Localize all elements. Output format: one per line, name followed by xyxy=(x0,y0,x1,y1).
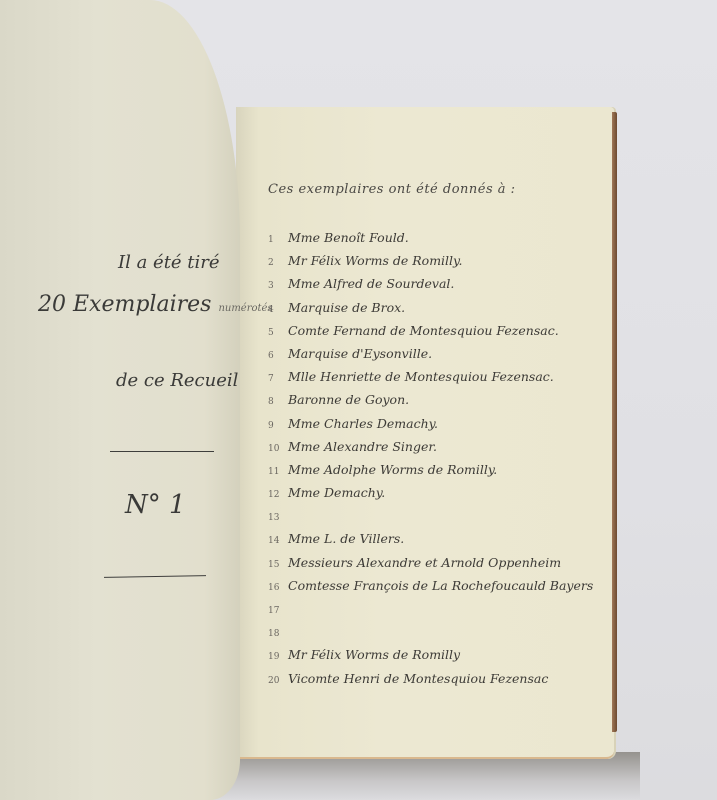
list-item: 5Comte Fernand de Montesquiou Fezensac. xyxy=(268,319,593,342)
list-item: 14Mme L. de Villers. xyxy=(268,527,593,550)
list-item: 19Mr Félix Worms de Romilly xyxy=(268,643,593,666)
list-item: 11Mme Adolphe Worms de Romilly. xyxy=(268,458,593,481)
list-item: 6Marquise d'Eysonville. xyxy=(268,342,593,365)
list-item: 3Mme Alfred de Sourdeval. xyxy=(268,272,593,295)
list-item: 13 xyxy=(268,504,593,527)
list-item: 18 xyxy=(268,620,593,643)
list-item: 7Mlle Henriette de Montesquiou Fezensac. xyxy=(268,365,593,388)
book-shadow xyxy=(220,752,640,800)
recipients-list: 1Mme Benoît Fould. 2Mr Félix Worms de Ro… xyxy=(268,226,593,690)
limitation-line-3: de ce Recueil xyxy=(116,370,238,391)
list-item: 12Mme Demachy. xyxy=(268,481,593,504)
recipients-heading: Ces exemplaires ont été donnés à : xyxy=(268,182,516,197)
list-item: 9Mme Charles Demachy. xyxy=(268,412,593,435)
page-edge xyxy=(612,112,617,732)
list-item: 10Mme Alexandre Singer. xyxy=(268,435,593,458)
limitation-line-2: 20 Exemplaires numérotés xyxy=(38,292,273,317)
list-item: 2Mr Félix Worms de Romilly. xyxy=(268,249,593,272)
list-item: 17 xyxy=(268,597,593,620)
list-item: 20Vicomte Henri de Montesquiou Fezensac xyxy=(268,667,593,690)
list-item: 15Messieurs Alexandre et Arnold Oppenhei… xyxy=(268,551,593,574)
list-item: 8Baronne de Goyon. xyxy=(268,388,593,411)
list-item: 16Comtesse François de La Rochefoucauld … xyxy=(268,574,593,597)
left-page xyxy=(0,0,240,800)
limitation-line-1: Il a été tiré xyxy=(118,252,220,273)
list-item: 1Mme Benoît Fould. xyxy=(268,226,593,249)
copy-number: N° 1 xyxy=(125,490,186,520)
divider-rule-top xyxy=(110,451,214,452)
list-item: 4Marquise de Brox. xyxy=(268,296,593,319)
